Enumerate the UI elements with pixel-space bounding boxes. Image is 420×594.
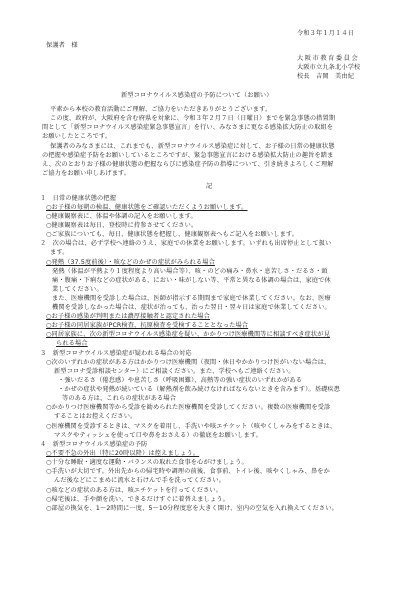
intro-line: お願いしたところです。 <box>42 133 111 141</box>
section-4-item: んだ後などにこまめに流水と石けんで手を洗ってください。 <box>54 477 225 485</box>
section-3-item: ・かぜの症状や発熱が続いている（解熱剤を飲み続けなければならないときを含みます）… <box>58 386 340 394</box>
sender-board: 大阪市教育委員会 <box>297 55 359 63</box>
intro-line: この度、政府が、大阪府を含む府県を対象に、令和３年２月７日（日曜日）までを緊急事… <box>50 115 335 123</box>
section-2-item: ○発熱（37.5度前後）・咳などのかぜの症状がみられる場合 <box>46 259 215 267</box>
section-2-item: ○お子様の感染が判明または濃厚接触者と認定された場合 <box>46 313 210 321</box>
sender-school: 大阪市立九条北小学校 <box>297 64 360 72</box>
sender-principal: 校長 吉岡 美由紀 <box>297 73 354 81</box>
section-3-item: ○次のいずれかの症状がある方はかかりつけ医療機関（夜間・休日やかかりつけ医がいな… <box>46 359 330 367</box>
section-2-item: 痛・腹痛・下痢などの症状がある、におい・味がしない等、平常と異なる体調の場合は、… <box>52 277 331 285</box>
section-3-item: 新型コロナ受診相談センター）にご相談ください。また、学校へもご連絡ください。 <box>54 368 295 376</box>
section-2-item: ○同居家族に、次の新型コロナウイルス感染症を疑い、かかりつけ医療機関等に相談すべ… <box>46 331 330 339</box>
date: 令和３年１月１４日 <box>297 30 354 38</box>
intro-line: の把握や感染症予防をお願いしているところですが、緊急事態宣言における感染拡大防止… <box>42 152 333 160</box>
section-2-item: また、医療機関を受診した場合は、医師が指示する期間まで家庭で休業してください。な… <box>52 295 331 303</box>
section-1-heading: １ 日常の健康状態の把握 <box>40 195 116 203</box>
recipient: 保護者 様 <box>46 42 78 50</box>
intro-line: え、次のとおりお子様の健康状態の把握ならびに感染症予防の指導について、引き続きよ… <box>42 161 334 169</box>
section-2-item: 業してください。 <box>52 286 103 294</box>
ki-label: 記 <box>206 183 212 191</box>
section-1-item: ○健康観察表に、体温や体調の記入をお願いします。 <box>46 213 197 221</box>
intro-line: 平素から本校の教育活動にご理解、ご協力をいただきありがとうございます。 <box>50 106 271 114</box>
section-4-item: ○部屋の換気を、1～2時間に一度、5～10分程度窓を大きく開け、室内の空気を入れ… <box>46 505 338 513</box>
section-3-item: 等のある方は、これらの症状がある場合 <box>62 395 176 403</box>
intro-line: ご協力をお願い申しあげます。 <box>42 170 130 178</box>
section-4-heading: ４ 新型コロナウイルス感染症の予防 <box>40 441 147 449</box>
section-4-item: ○十分な睡眠・適度な運動・バランスの取れた食事を心がけましょう。 <box>46 459 248 467</box>
section-3-item: することはお控えください。 <box>54 413 136 421</box>
intro-line: 保護者のみなさまには、これまでも、新型コロナウイルス感染症に対して、お子様の日常… <box>50 143 335 151</box>
section-1-item: ○お子様の毎朝の検温、健康状態をご確認いただくようお願いします。 <box>46 204 248 212</box>
section-4-item: ○咳などの症状のある方は、咳エチケットを行ってください。 <box>46 487 222 495</box>
section-1-item: ○健康観察表は毎日、登校時に持参させてください。 <box>46 222 197 230</box>
section-4-item: ○不要不急の外出（特に20時以降）は控えましょう。 <box>46 450 199 458</box>
section-4-item: ○手洗いが大切です。外出先からの帰宅時や調理の前後、食事前、トイレ後、咳やくしゃ… <box>46 468 330 476</box>
section-2-item: られる場合 <box>56 340 88 348</box>
section-2-heading: ２ 次の場合は、必ず学校へ連絡のうえ、家庭での休業をお願いします。いずれも出席停… <box>40 240 331 248</box>
section-3-item: マスクやティッシュを使って口や鼻をおさえる）の徹底をお願いします。 <box>54 432 262 440</box>
section-2-item: ○お子様の同居家族がPCR検査、抗原検査を受検することとなった場合 <box>46 322 248 330</box>
section-2-item: 発熱（体温が平熱より１度程度より高い場合等）、咳・のどの痛み・鼻水・息苦しさ・だ… <box>52 268 328 276</box>
section-3-item: ・強いだるさ（倦怠感）や息苦しさ（呼吸困難）、高熱等の強い症状のいずれかがある <box>58 377 302 385</box>
section-2-item: 機関を受診しなかった場合は、症状が治っても、治った翌日・翌々日は家庭で休業してく… <box>52 304 331 312</box>
section-3-heading: ３ 新型コロナウイルス感染症が疑われる場合の対応 <box>40 350 192 358</box>
section-1-item: ○ご家族についても、毎日、健康状態を把握し、健康観察表へもご記入をお願いします。 <box>46 231 298 239</box>
document-title: 新型コロナウイルス感染症の予防について（お願い） <box>121 92 273 100</box>
section-4-item: ○帰宅後は、手や顔を洗い、できるだけすぐに着替えましょう。 <box>46 496 229 504</box>
section-3-item: ○医療機関を受診するときは、マスクを着用し、手洗いや咳エチケット（咳やくしゃみを… <box>46 423 336 431</box>
section-2-heading-cont: ます。 <box>50 249 69 257</box>
document-page: 令和３年１月１４日 保護者 様 大阪市教育委員会 大阪市立九条北小学校 校長 吉… <box>0 0 420 594</box>
section-3-item: ○かかりつけ医療機関等から受診を勧められた医療機関を受診してください。複数の医療… <box>46 404 330 412</box>
intro-line: 間として「新型コロナウイルス感染症緊急事態宣言」を行い、みなさまに更なる感染拡大… <box>42 124 333 132</box>
